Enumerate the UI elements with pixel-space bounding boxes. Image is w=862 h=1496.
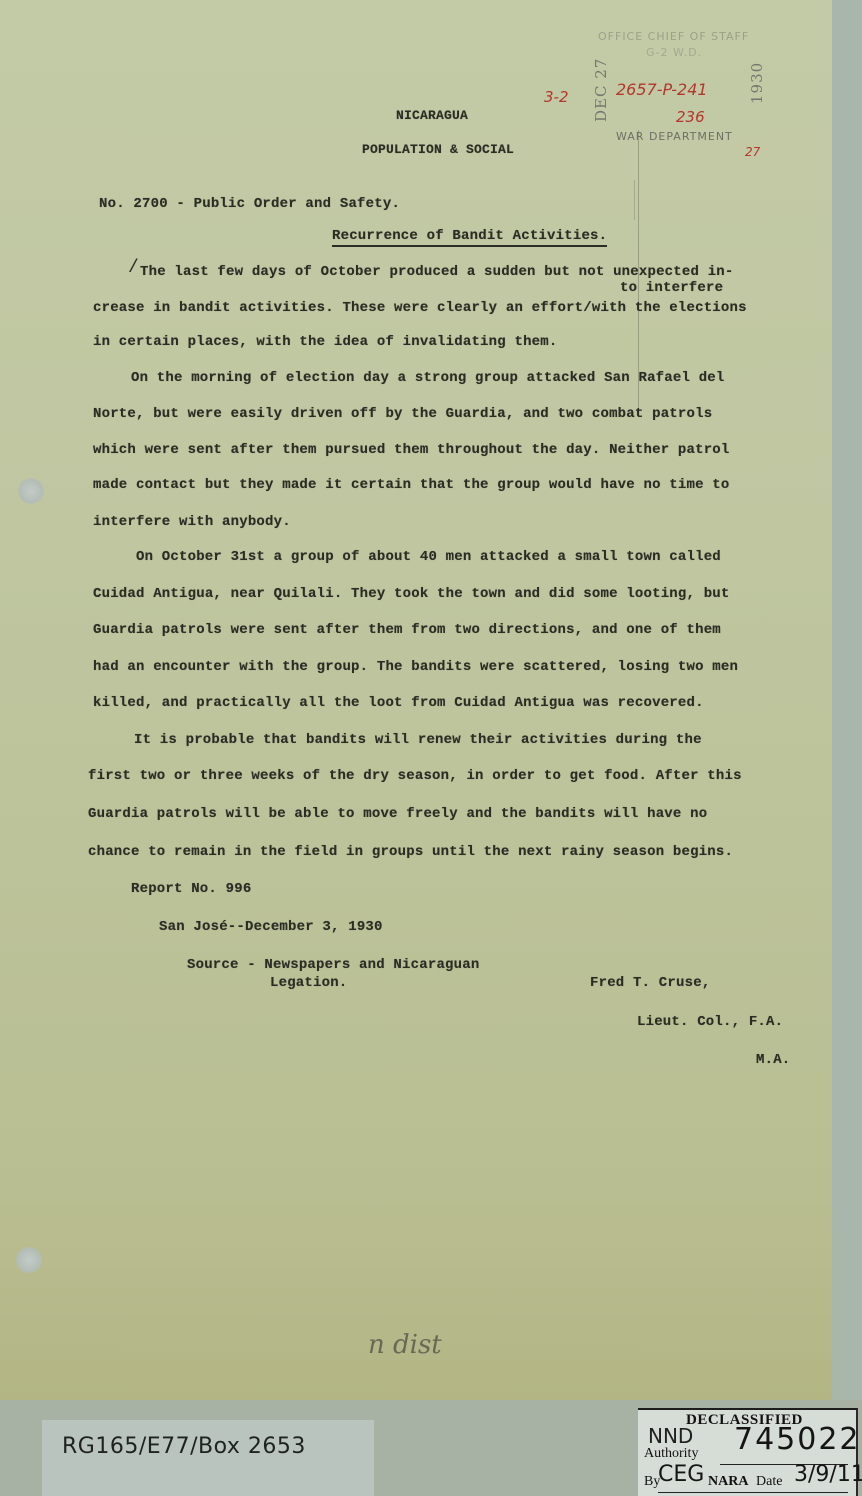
paragraph-3-line-1: On October 31st a group of about 40 men … <box>136 549 846 565</box>
paragraph-4-line-2: first two or three weeks of the dry seas… <box>88 768 798 784</box>
source-line-1: Source - Newspapers and Nicaraguan <box>187 957 479 973</box>
report-number: Report No. 996 <box>131 881 251 897</box>
subject-number: No. 2700 - Public Order and Safety. <box>99 196 400 212</box>
paragraph-2-line-3: which were sent after them pursued them … <box>93 442 803 458</box>
paragraph-3-line-3: Guardia patrols were sent after them fro… <box>93 622 803 638</box>
paragraph-1-line-2: crease in bandit activities. These were … <box>93 300 803 316</box>
declassified-by-line <box>658 1492 848 1493</box>
war-department-stamp: WAR DEPARTMENT <box>616 130 733 143</box>
declassified-authority-value: 745022 <box>734 1422 861 1457</box>
header-category: POPULATION & SOCIAL <box>362 142 514 157</box>
paragraph-2-line-4: made contact but they made it certain th… <box>93 477 803 493</box>
date-received-stamp: DEC 27 <box>592 58 610 122</box>
office-stamp-line2: G-2 W.D. <box>646 46 702 59</box>
paper-crease <box>634 180 635 220</box>
page-mark: 27 <box>745 145 760 159</box>
declassified-date-label: Date <box>756 1474 782 1490</box>
paragraph-2-line-1: On the morning of election day a strong … <box>131 370 841 386</box>
declassified-date-value: 3/9/11 <box>794 1462 862 1487</box>
paragraph-2-line-5: interfere with anybody. <box>93 514 803 530</box>
source-line-2: Legation. <box>270 975 347 991</box>
paragraph-1-insertion: to interfere <box>620 280 723 296</box>
paragraph-2-line-2: Norte, but were easily driven off by the… <box>93 406 803 422</box>
declassified-stamp: DECLASSIFIED NND Authority 745022 By CEG… <box>638 1408 858 1496</box>
paragraph-4-line-3: Guardia patrols will be able to move fre… <box>88 806 798 822</box>
signer-name: Fred T. Cruse, <box>590 975 710 991</box>
signer-rank: Lieut. Col., F.A. <box>637 1014 783 1030</box>
paragraph-1-line-3: in certain places, with the idea of inva… <box>93 334 803 350</box>
archive-label-card: RG165/E77/Box 2653 <box>42 1420 374 1496</box>
paragraph-3-line-4: had an encounter with the group. The ban… <box>93 659 803 675</box>
declassified-agency: NARA <box>708 1474 748 1490</box>
office-stamp-line1: OFFICE CHIEF OF STAFF <box>598 30 749 43</box>
paragraph-3-line-2: Cuidad Antigua, near Quilali. They took … <box>93 586 803 602</box>
paragraph-3-line-5: killed, and practically all the loot fro… <box>93 695 803 711</box>
declassified-authority-prefix: NND <box>648 1424 693 1448</box>
paragraph-mark-icon: / <box>128 258 139 278</box>
file-number: 2657-P-241 <box>616 80 708 99</box>
paragraph-1-line-1: The last few days of October produced a … <box>140 264 850 280</box>
pencil-annotation: n dist <box>368 1330 442 1360</box>
punch-hole-icon <box>18 478 44 504</box>
file-number-prefix: 3-2 <box>544 88 569 106</box>
punch-hole-icon <box>16 1247 42 1273</box>
date-received-year-stamp: 1930 <box>748 62 766 104</box>
declassified-by-value: CEG <box>658 1462 704 1487</box>
signer-title: M.A. <box>756 1052 790 1068</box>
subject-title-text: Recurrence of Bandit Activities. <box>332 228 607 247</box>
declassified-authority-label: Authority <box>644 1446 698 1462</box>
archive-label-text: RG165/E77/Box 2653 <box>62 1434 306 1459</box>
paragraph-4-line-4: chance to remain in the field in groups … <box>88 844 798 860</box>
file-sub-number: 236 <box>676 108 705 126</box>
place-date-line: San José--December 3, 1930 <box>159 919 383 935</box>
subject-title: Recurrence of Bandit Activities. <box>332 228 607 244</box>
paragraph-4-line-1: It is probable that bandits will renew t… <box>134 732 844 748</box>
scan-background-strip <box>832 0 862 1400</box>
header-country: NICARAGUA <box>396 108 468 123</box>
